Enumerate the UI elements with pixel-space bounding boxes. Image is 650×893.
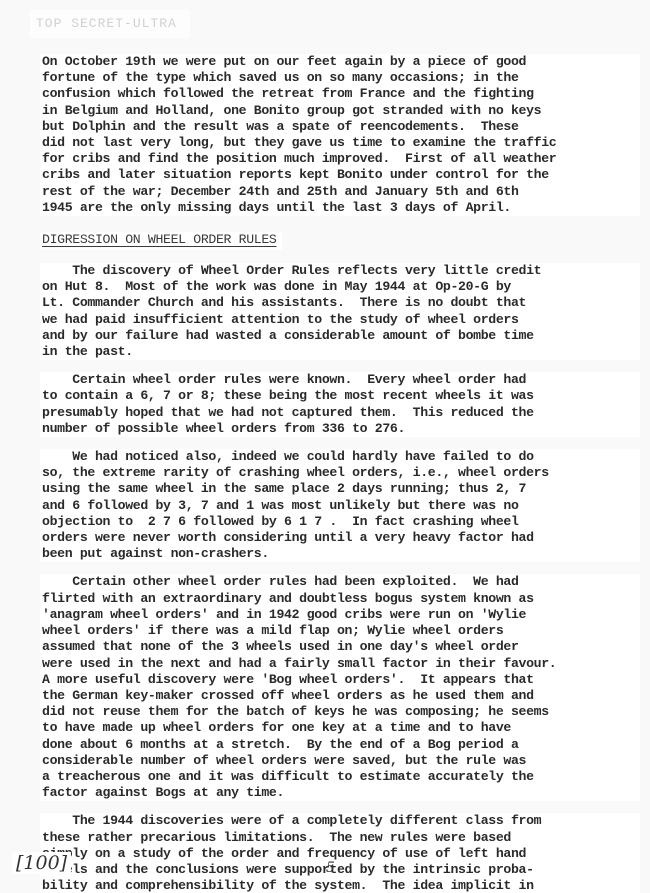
paragraph: The discovery of Wheel Order Rules refle… (40, 263, 640, 360)
paragraph-gap (40, 360, 640, 372)
page-number: 5 (326, 860, 335, 876)
document-page: On October 19th we were put on our feet … (40, 54, 640, 893)
paragraph: We had noticed also, indeed we could har… (40, 449, 640, 562)
paragraph: Certain other wheel order rules had been… (40, 574, 640, 801)
paragraph-gap (40, 437, 640, 449)
paragraph-gap (40, 801, 640, 813)
paragraph: The 1944 discoveries were of a completel… (40, 813, 640, 893)
archive-reference: [100] (12, 852, 71, 874)
classification-stamp: TOP SECRET-ULTRA (30, 10, 190, 38)
section-heading: DIGRESSION ON WHEEL ORDER RULES (40, 232, 282, 250)
paragraph: Certain wheel order rules were known. Ev… (40, 372, 640, 437)
paragraph-intro: On October 19th we were put on our feet … (40, 54, 640, 216)
paragraph-gap (40, 562, 640, 574)
